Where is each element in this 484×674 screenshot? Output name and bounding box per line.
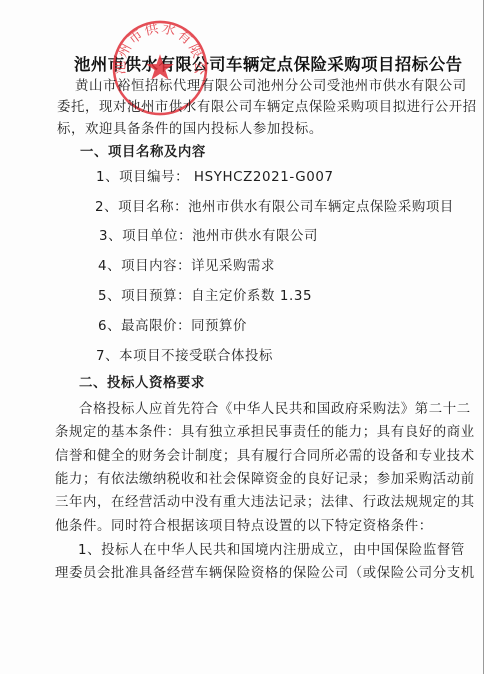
- requirement-1-line-1: 1、投标人在中华人民共和国境内注册成立，由中国保险监督管: [78, 543, 416, 559]
- project-item-2: 2、项目名称：池州市供水有限公司车辆定点保险采购项目: [95, 200, 454, 216]
- intro-line-1: 黄山市裕恒招标代理有限公司池州分公司受池州市供水有限公司: [75, 79, 467, 95]
- project-item-7: 7、本项目不接受联合体投标: [96, 349, 273, 365]
- requirement-1-line-2: 理委员会批准具备经营车辆保险资格的保险公司（或保险公司分支机: [55, 566, 415, 582]
- section-2-heading: 二、投标人资格要求: [79, 376, 205, 392]
- qualification-line-6: 他条件。同时符合根据该项目特点设置的以下特定资格条件：: [55, 519, 433, 535]
- document-page: 池州市供水有限公司车辆定点保险采购项目招标公告 池州市供水有限公司 黄山市裕恒招…: [0, 0, 483, 674]
- project-item-6: 6、最高限价：同预算价: [98, 319, 247, 335]
- qualification-line-2: 条规定的基本条件：具有独立承担民事责任的能力；具有良好的商业: [55, 425, 415, 441]
- intro-line-3: 标，欢迎具备条件的国内投标人参加投标。: [57, 122, 323, 138]
- intro-line-2: 委托，现对池州市供水有限公司车辆定点保险采购项目拟进行公开招: [57, 100, 477, 116]
- project-item-3: 3、项目单位：池州市供水有限公司: [99, 229, 318, 245]
- project-item-5: 5、项目预算：自主定价系数 1.35: [98, 289, 312, 305]
- qualification-line-4: 能力；有依法缴纳税收和社会保障资金的良好记录；参加采购活动前: [55, 472, 415, 488]
- qualification-line-5: 三年内，在经营活动中没有重大违法记录；法律、行政法规规定的其: [55, 495, 415, 511]
- qualification-line-3: 信誉和健全的财务会计制度；具有履行合同所必需的设备和专业技术: [55, 449, 415, 465]
- project-item-4: 4、项目内容：详见采购需求: [98, 259, 275, 275]
- section-1-heading: 一、项目名称及内容: [80, 145, 206, 161]
- project-item-1: 1、项目编号： HSYHCZ2021-G007: [96, 170, 334, 186]
- qualification-line-1: 合格投标人应首先符合《中华人民共和国政府采购法》第二十二: [79, 402, 416, 418]
- document-title: 池州市供水有限公司车辆定点保险采购项目招标公告: [74, 51, 462, 75]
